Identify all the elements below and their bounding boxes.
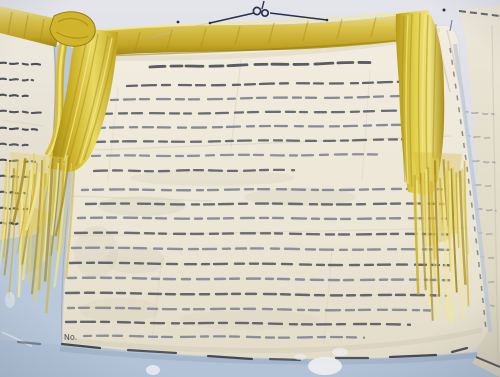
photo-vignette	[0, 0, 500, 377]
photograph-handwritten-list-with-khata: No.	[0, 0, 500, 377]
photo-canvas: No.	[0, 0, 500, 377]
